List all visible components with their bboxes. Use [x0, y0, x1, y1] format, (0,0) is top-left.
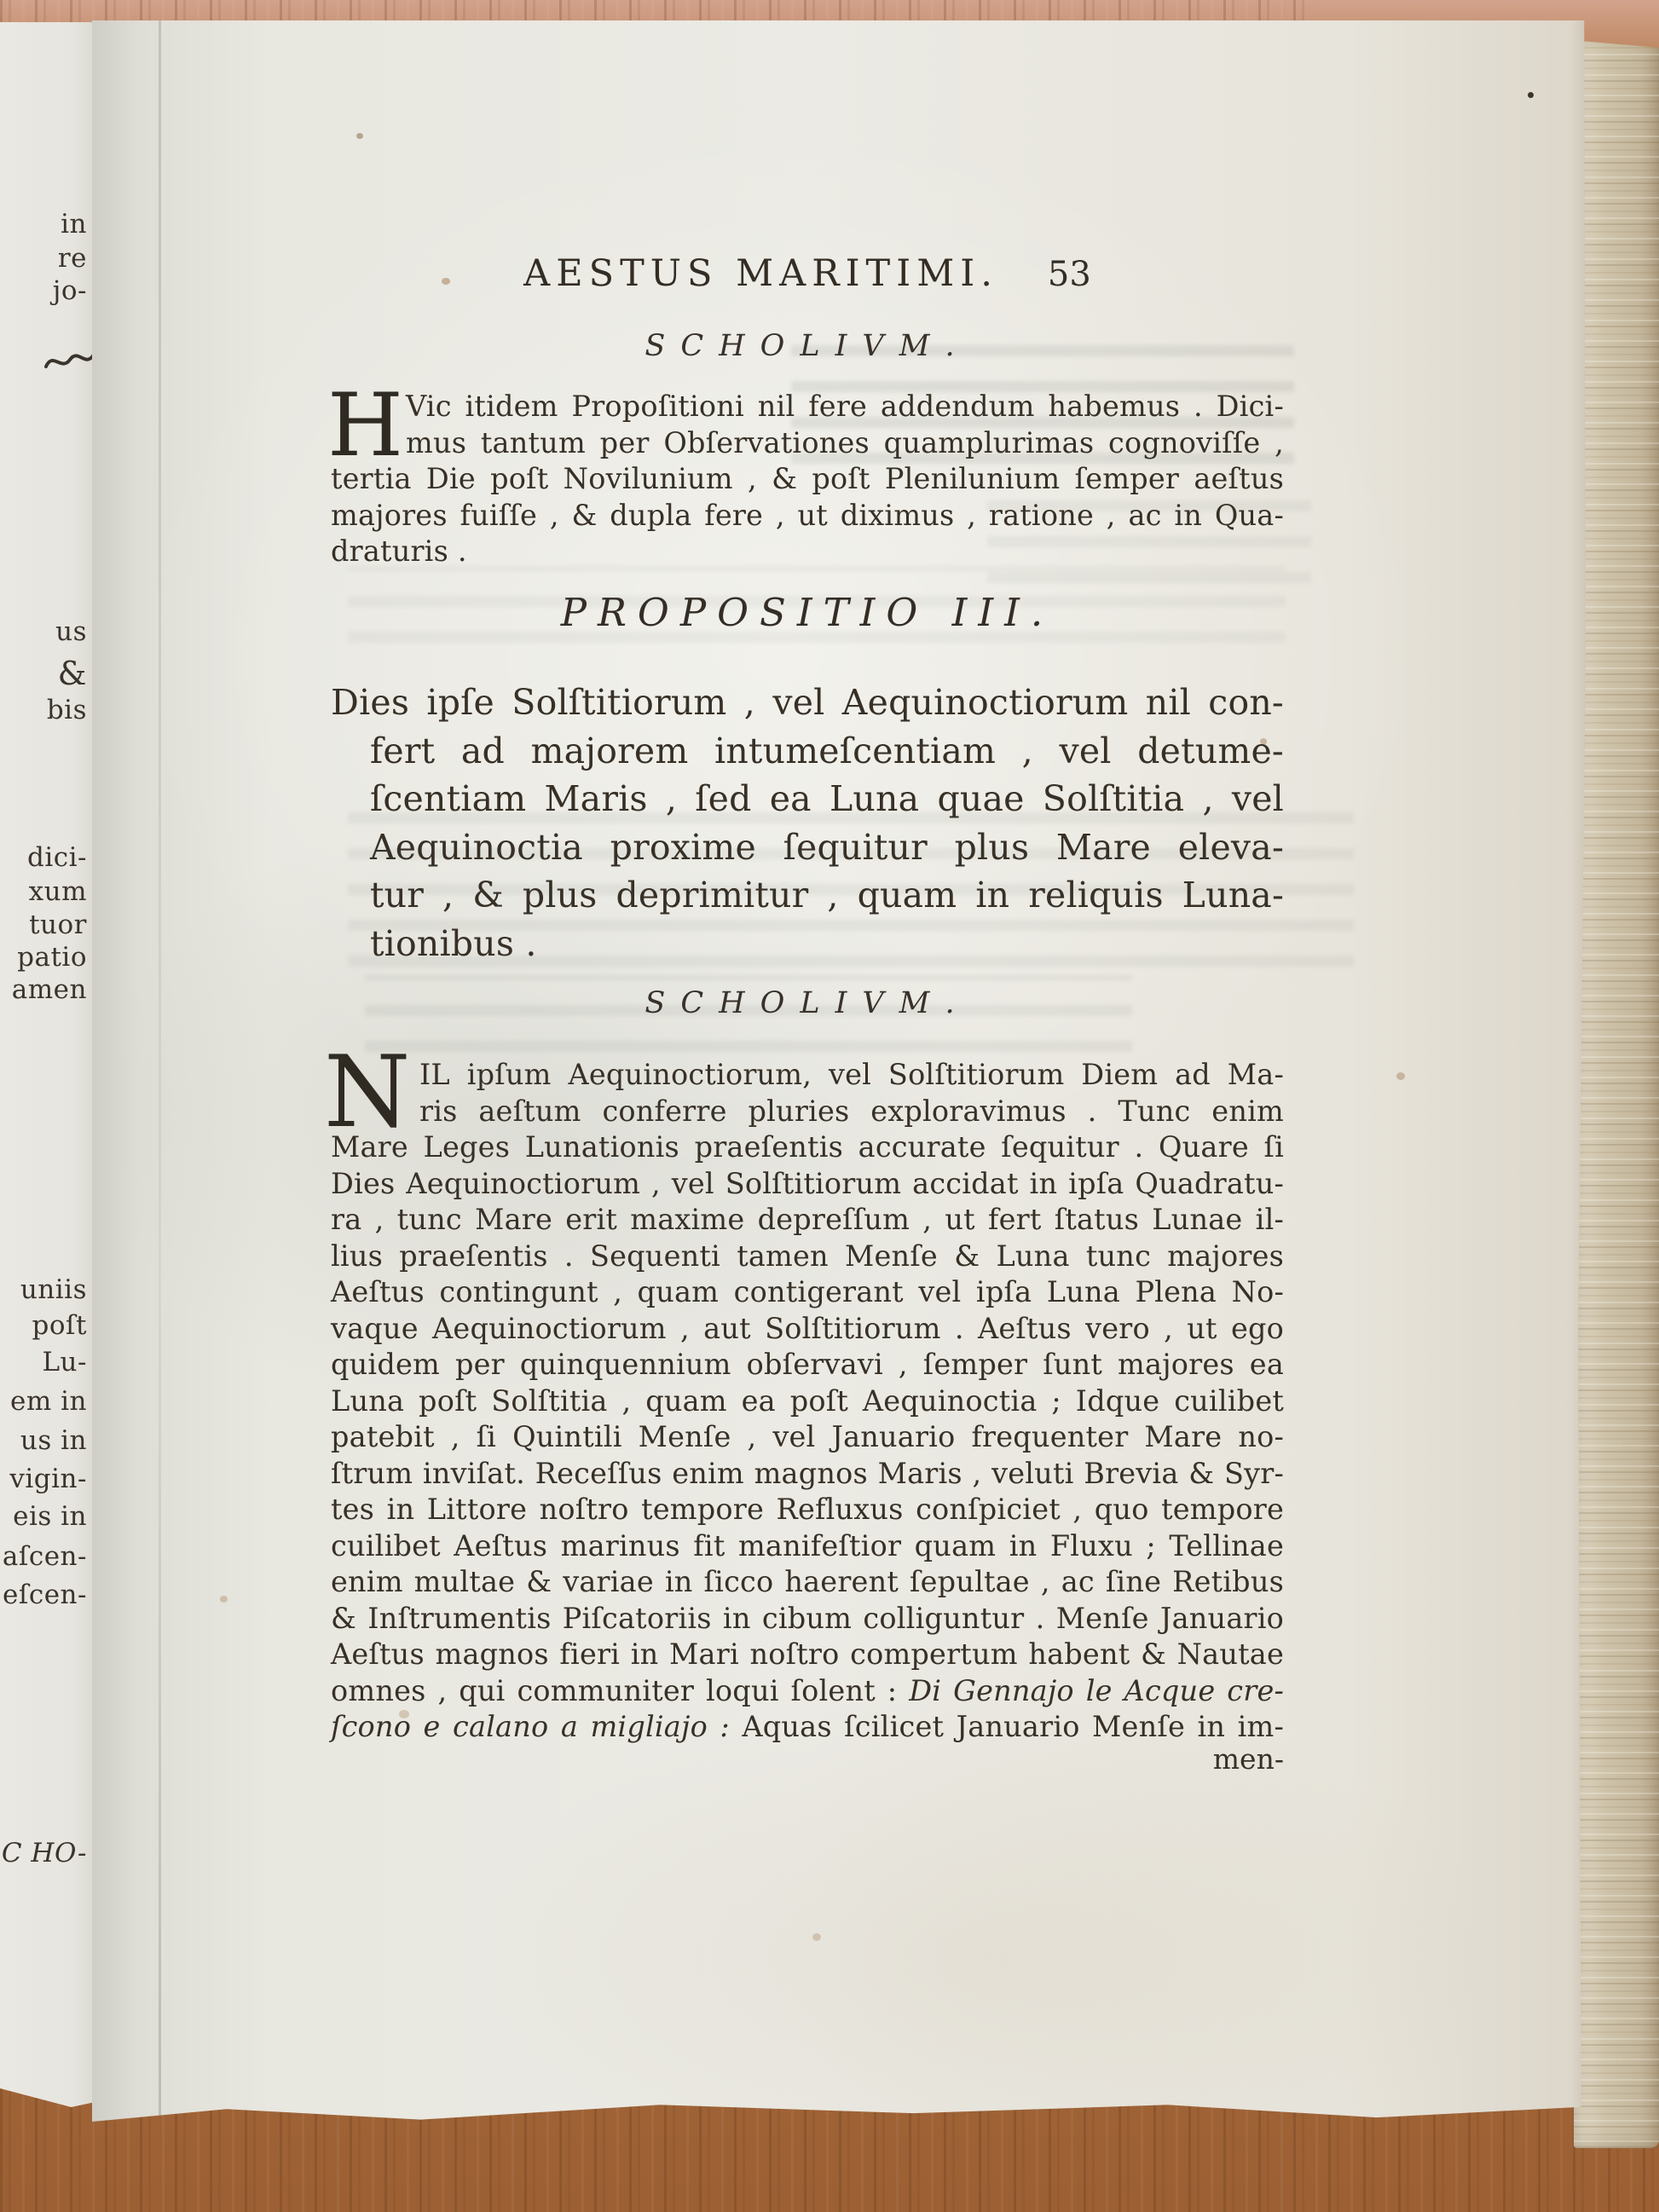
text-line: cuilibet Aeſtus marinus fit manifeſtior … [331, 1528, 1284, 1565]
text-line: Aeſtus magnos fieri in Mari noſtro compe… [331, 1637, 1284, 1673]
text-line: draturis . [331, 534, 1284, 570]
text-line: tionibus . [331, 920, 1284, 968]
text-line: lius praeſentis . Sequenti tamen Menſe &… [331, 1239, 1284, 1275]
text-line: Luna poſt Solſtitia , quam ea poſt Aequi… [331, 1383, 1284, 1420]
text-line: Vic itidem Propoſitioni nil fere addendu… [331, 389, 1284, 425]
left-page-text-fragment: eis in [0, 1504, 90, 1530]
left-page-text-fragment: eſcen- [0, 1582, 90, 1608]
left-page-text-fragment: & [0, 657, 90, 690]
text-line: patebit , ſi Quintili Menſe , vel Januar… [331, 1419, 1284, 1456]
dropcap-initial: N [324, 1054, 411, 1133]
left-page-text-fragment: us in [0, 1428, 90, 1454]
propositio-heading: PROPOSITIO III. [331, 590, 1284, 635]
left-page-text-fragment: jo- [0, 278, 90, 304]
text-line: & Inſtrumentis Piſcatoriis in cibum coll… [331, 1601, 1284, 1637]
page-number: 53 [1048, 255, 1091, 294]
text-line: ſtrum inviſat. Receſſus enim magnos Mari… [331, 1456, 1284, 1493]
text-line: Mare Leges Lunationis praeſentis accurat… [331, 1129, 1284, 1166]
left-page-text-fragment: in [0, 211, 90, 238]
fleuron-ornament-icon [44, 349, 95, 373]
text-line: omnes , qui communiter loqui ſolent : Di… [331, 1673, 1284, 1710]
ink-speck [1528, 92, 1534, 98]
left-page-text-fragment: Lu- [0, 1349, 90, 1376]
propositio-paragraph: Dies ipſe Solſtitiorum , vel Aequinoctio… [331, 679, 1284, 967]
text-line: mus tantum per Obſervationes quamplurima… [331, 425, 1284, 462]
text-line: ſcono e calano a migliajo : Aquas ſcilic… [331, 1709, 1284, 1746]
left-page-text-fragment: patio [0, 944, 90, 971]
text-line: Dies Aequinoctiorum , vel Solſtitiorum a… [331, 1166, 1284, 1203]
left-page-text-fragment: tuor [0, 912, 90, 939]
page-fold-line [159, 20, 161, 2126]
scholium-heading: SCHOLIVM. [331, 329, 1284, 363]
foxing-spot [356, 133, 363, 139]
text-line: Dies ipſe Solſtitiorum , vel Aequinoctio… [331, 679, 1284, 727]
left-page-text-fragment: uniis [0, 1277, 90, 1303]
book-photograph: in re jo- us & bis dici- xum tuor patio … [0, 0, 1659, 2212]
right-page: AESTUS MARITIMI. 53 SCHOLIVM. H Vic itid… [92, 20, 1586, 2126]
text-line: fert ad majorem intumeſcentiam , vel det… [331, 727, 1284, 776]
text-line: majores fuiſſe , & dupla fere , ut dixim… [331, 498, 1284, 534]
text-line: tes in Littore noſtro tempore Refluxus c… [331, 1492, 1284, 1528]
text-line: ra , tunc Mare erit maxime depreſſum , u… [331, 1202, 1284, 1239]
scholium-paragraph: N IL ipſum Aequinoctiorum, vel Solſtitio… [331, 1057, 1284, 1746]
text-line: ris aeſtum conferre pluries exploravimus… [331, 1094, 1284, 1130]
running-head: AESTUS MARITIMI. 53 [331, 252, 1284, 295]
left-page-text-fragment: us [0, 619, 90, 645]
left-page-text-fragment: aſcen- [0, 1544, 90, 1570]
text-line: Aequinoctia proxime ſequitur plus Mare e… [331, 823, 1284, 872]
left-page-text-fragment: vigin- [0, 1466, 90, 1493]
page-title: AESTUS MARITIMI. [523, 252, 998, 295]
text-line: tertia Die poſt Novilunium , & poſt Plen… [331, 461, 1284, 498]
text-line: vaque Aequinoctiorum , aut Solſtitiorum … [331, 1311, 1284, 1348]
text-line: quidem per quinquennium obſervavi , ſemp… [331, 1347, 1284, 1383]
left-page-text-fragment: re [0, 245, 90, 272]
text-line: Aeſtus contingunt , quam contigerant vel… [331, 1274, 1284, 1311]
text-line: IL ipſum Aequinoctiorum, vel Solſtitioru… [331, 1057, 1284, 1094]
text-line: enim multae & variae in ſicco haerent ſe… [331, 1564, 1284, 1601]
page-stack-fore-edge [1574, 29, 1659, 2148]
left-page-text-fragment: dici- [0, 845, 90, 871]
left-page-text-fragment: bis [0, 697, 90, 724]
page-edge-lines [1574, 34, 1659, 2148]
catchword: men- [331, 1742, 1328, 1776]
left-page-catchword: C HO- [0, 1840, 90, 1867]
scholium-paragraph: H Vic itidem Propoſitioni nil fere adden… [331, 389, 1284, 570]
foxing-spot [1396, 1072, 1405, 1080]
text-line: tur , & plus deprimitur , quam in reliqu… [331, 871, 1284, 920]
left-page-text-fragment: em in [0, 1389, 90, 1415]
dropcap-initial: H [327, 390, 403, 462]
left-page-text-fragment: amen [0, 977, 90, 1003]
scholium-heading: SCHOLIVM. [331, 986, 1284, 1020]
left-page-text-fragment: poſt [0, 1313, 90, 1339]
foxing-spot [812, 1933, 821, 1941]
foxing-spot [220, 1596, 228, 1603]
left-page-text-fragment: xum [0, 879, 90, 905]
text-line: ſcentiam Maris , ſed ea Luna quae Solſti… [331, 775, 1284, 823]
